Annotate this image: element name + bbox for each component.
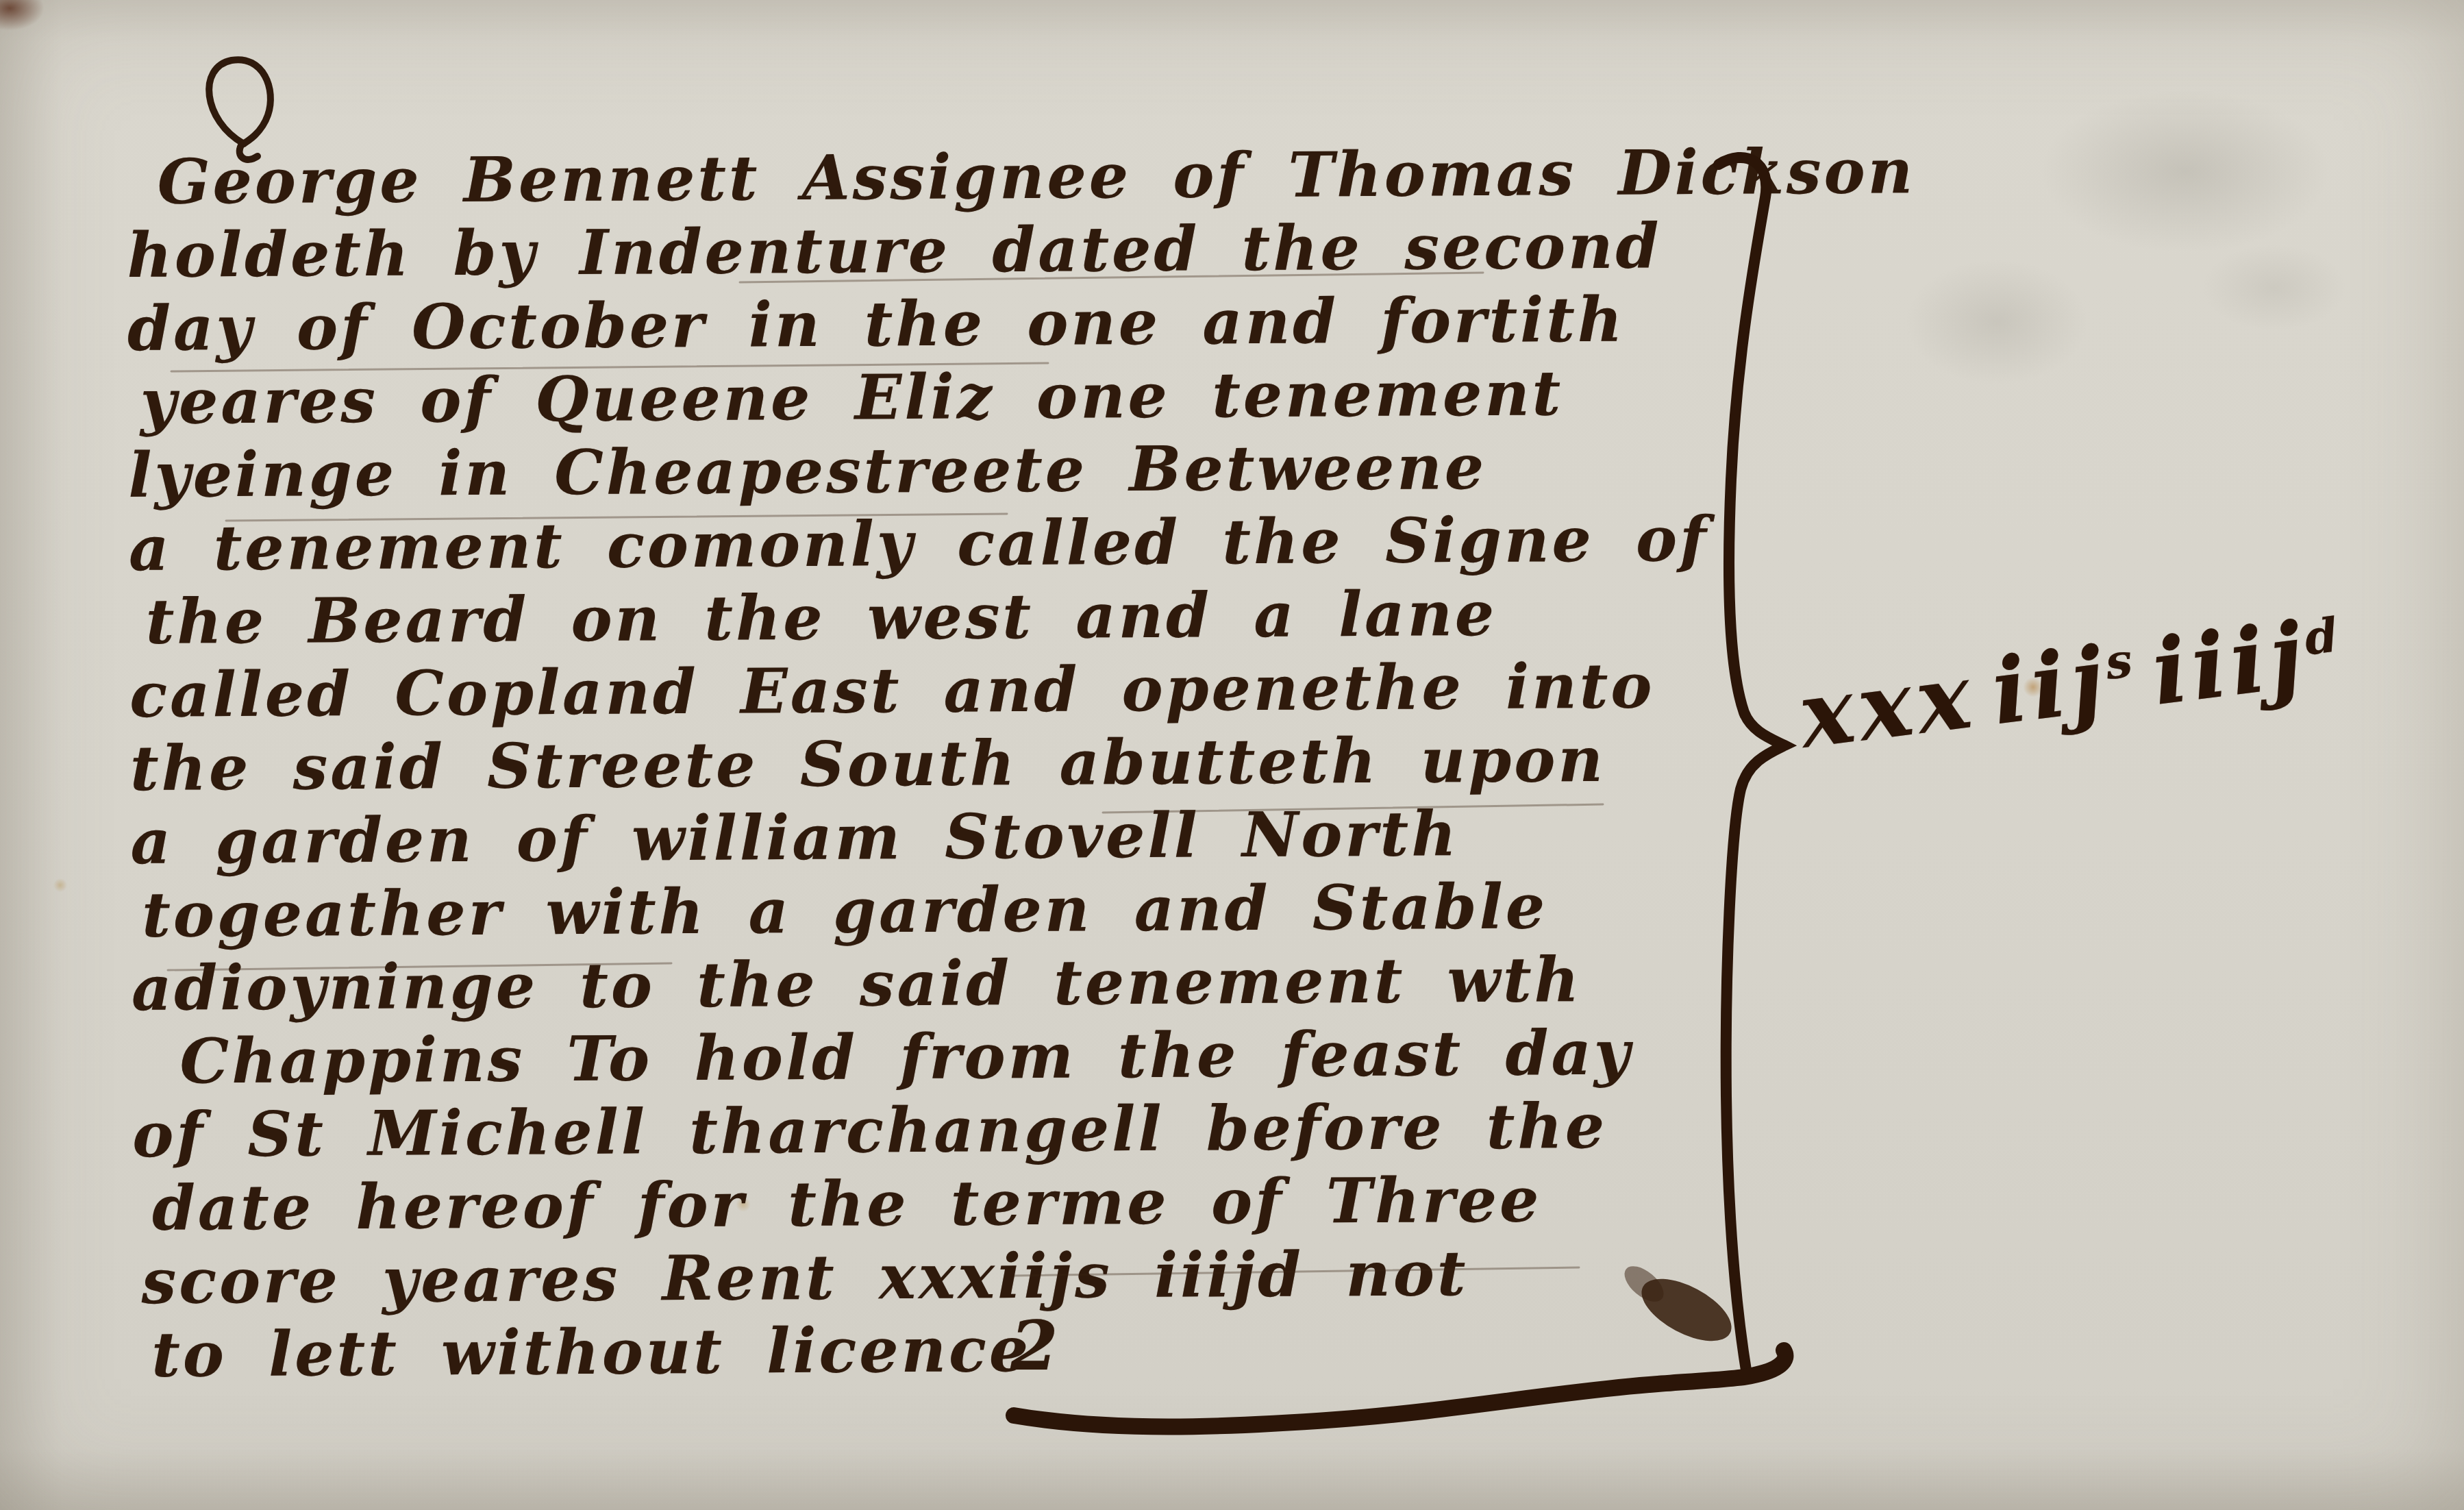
manuscript-page: George Bennett Assignee of Thomas Dickso… [0, 0, 2464, 1510]
curly-brace-icon [1719, 158, 1784, 1374]
loop-flourish-icon [209, 60, 271, 160]
base-rule [1014, 1350, 1785, 1427]
ink-marks-overlay [0, 0, 2464, 1510]
pen-hairlines [168, 273, 1603, 1276]
